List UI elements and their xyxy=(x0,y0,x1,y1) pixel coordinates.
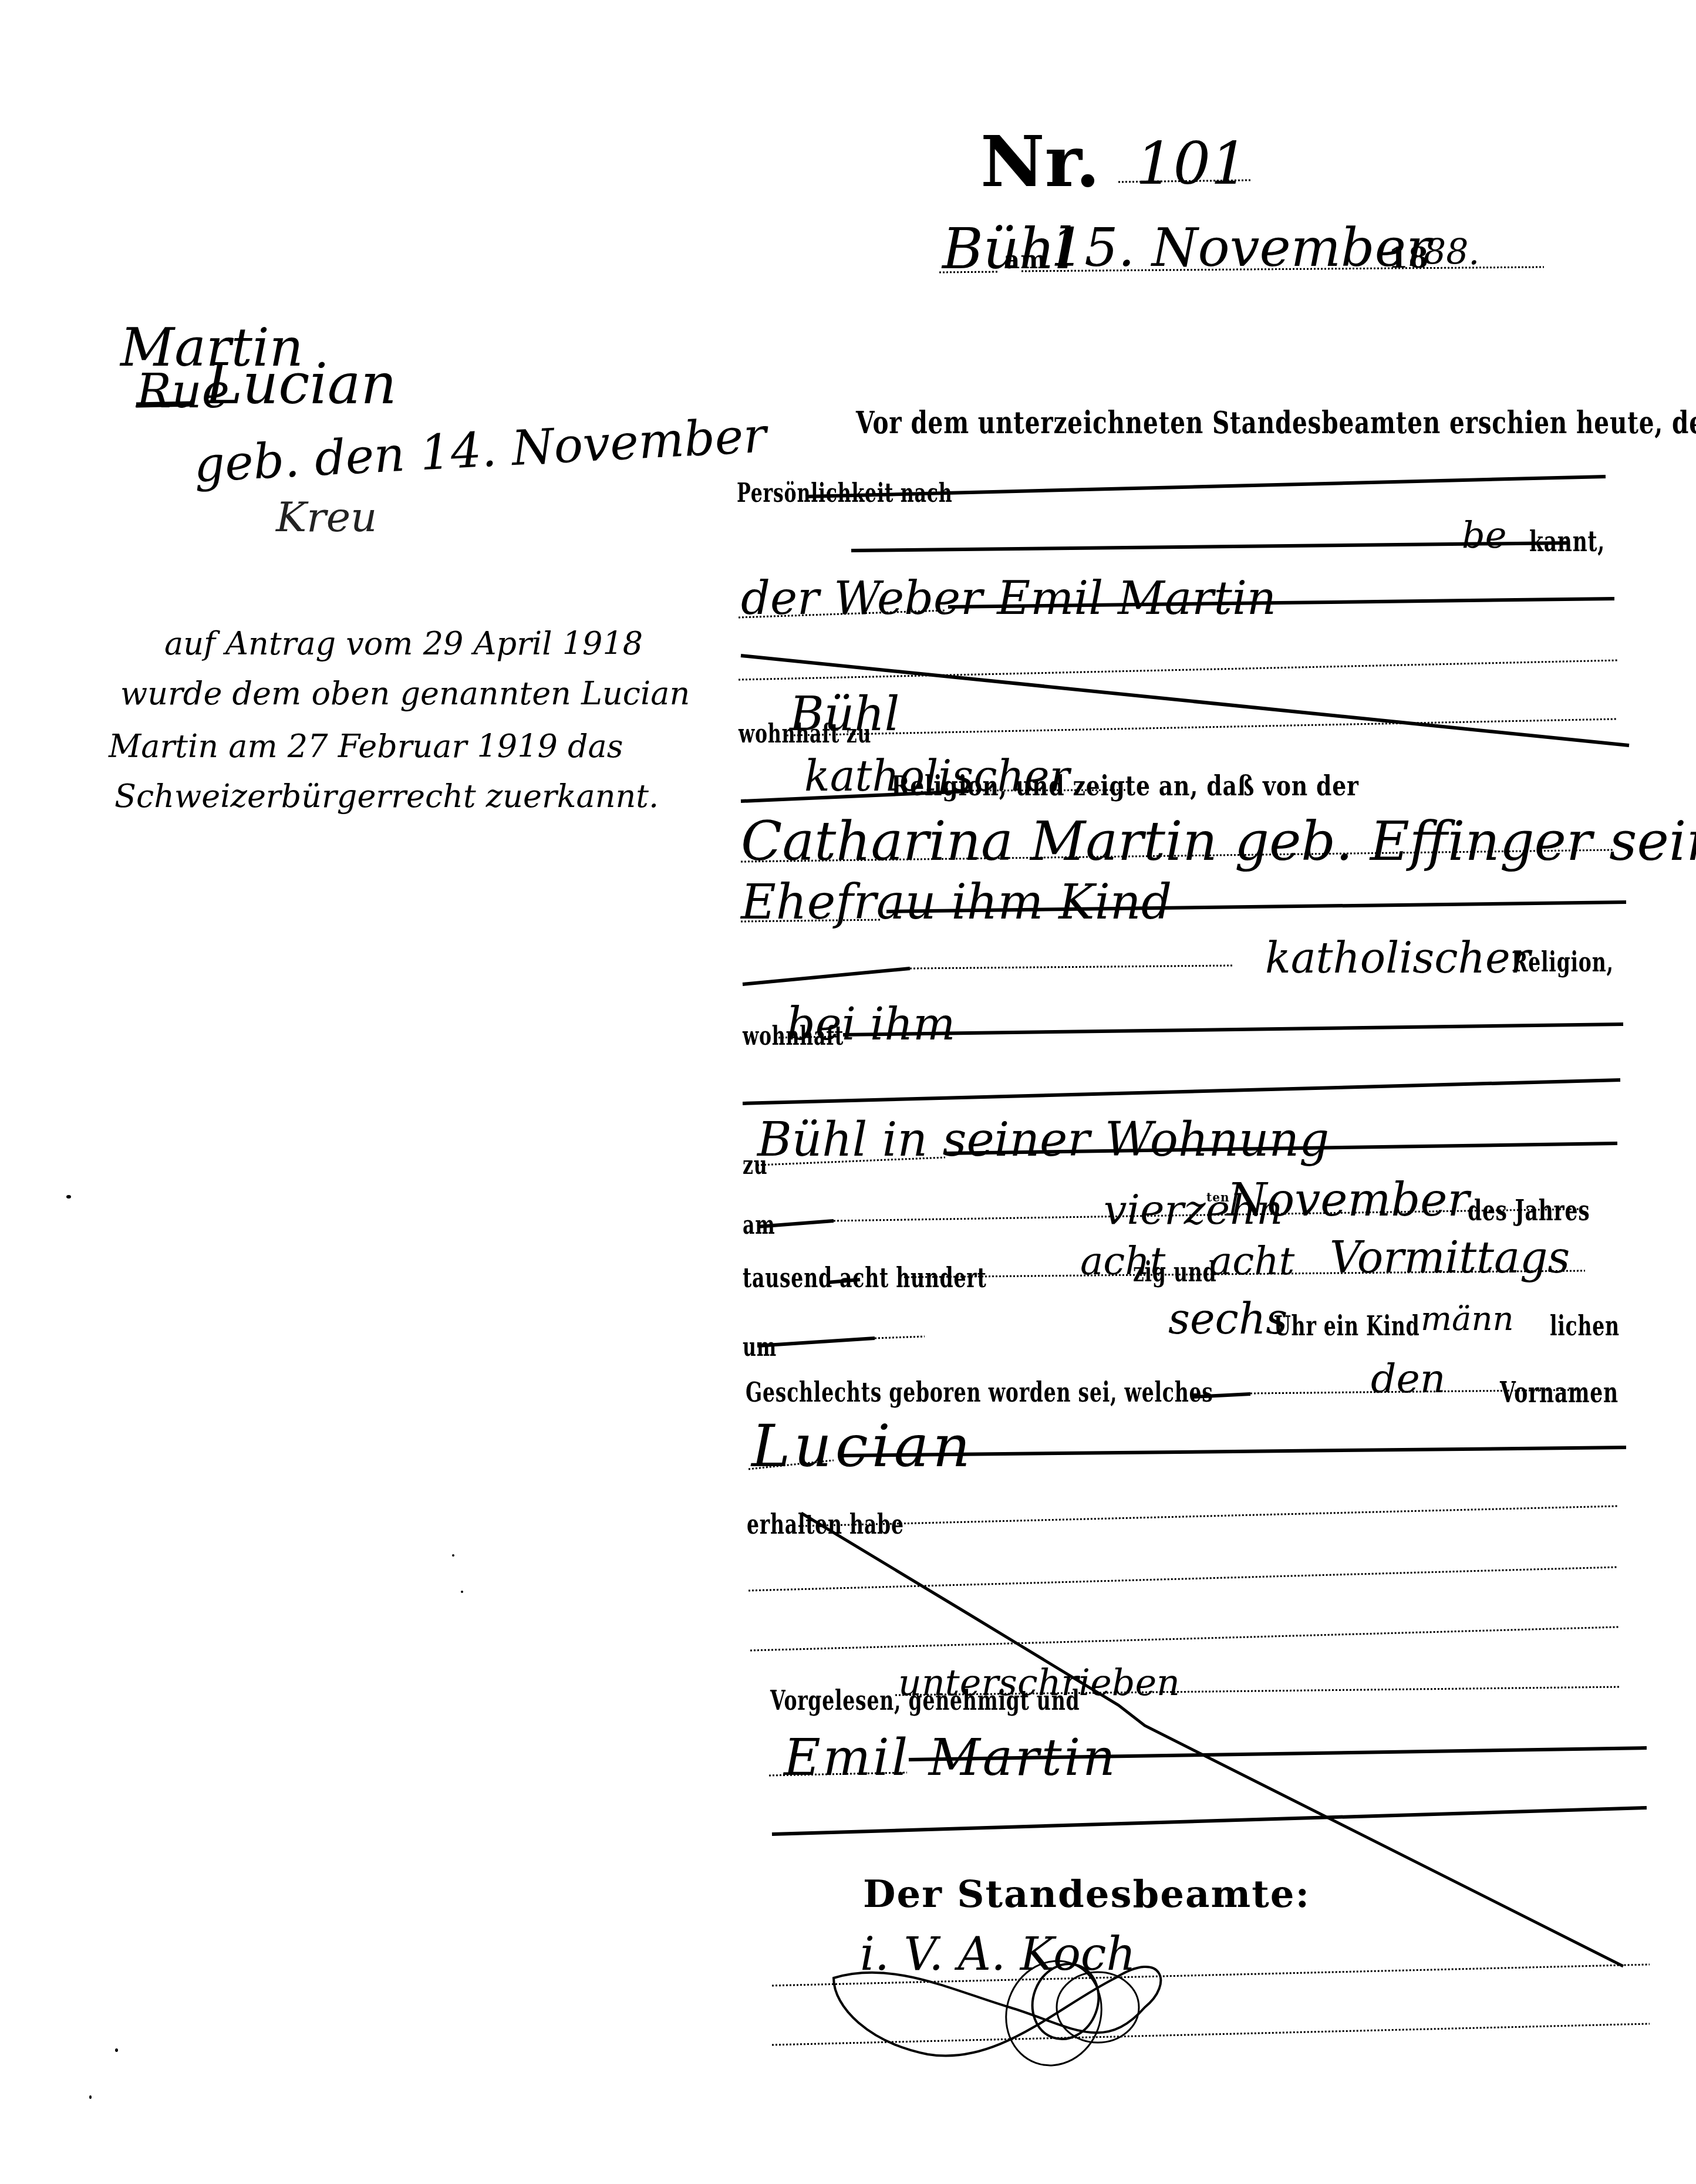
forename-label: Vornamen xyxy=(1500,1376,1619,1409)
known-handwritten: be xyxy=(1462,514,1506,556)
scan-speck xyxy=(66,1195,71,1199)
registrar-heading: Der Standesbeamte: xyxy=(863,1872,1310,1916)
religion-mother-text: Religion, xyxy=(1512,946,1614,978)
annotation-line-1: auf Antrag vom 29 April 1918 xyxy=(164,625,643,662)
birthplace-value: Bühl in seiner Wohnung xyxy=(757,1112,1329,1167)
birthdate-month: November xyxy=(1227,1174,1469,1227)
margin-initials: Kreu xyxy=(276,493,377,541)
register-number: 101 xyxy=(1136,129,1248,198)
religion-father-text: Religion, und zeigte an, daß von der xyxy=(891,770,1359,802)
declarant-signature: Emil Martin xyxy=(784,1729,1118,1787)
received-label: erhalten habe xyxy=(747,1508,904,1540)
annotation-line-4: Schweizerbürgerrecht zuerkannt. xyxy=(114,778,659,815)
birthdate-suffix: ten xyxy=(1206,1190,1230,1204)
mother-line-2: Ehefrau ihm Kind xyxy=(741,875,1172,930)
article-value: den xyxy=(1371,1356,1446,1402)
margin-given-name: Lucian xyxy=(205,352,397,417)
forename-value: Lucian xyxy=(751,1412,974,1480)
birthdate-label: am xyxy=(743,1210,775,1240)
identity-label: Persönlichkeit nach xyxy=(737,478,953,508)
scan-speck xyxy=(461,1591,463,1593)
year-suffix: 88. xyxy=(1424,232,1479,273)
declarant-name: der Weber Emil Martin xyxy=(741,572,1276,625)
hour-value: sechs xyxy=(1168,1294,1287,1344)
decade-printed: zig und xyxy=(1133,1256,1216,1288)
sex-value: männ xyxy=(1421,1300,1514,1338)
registration-date: 15. November xyxy=(1051,217,1431,279)
form-intro: Vor dem unterzeichneten Standesbeamten e… xyxy=(856,405,1696,441)
scan-speck xyxy=(452,1554,454,1557)
date-am-label: am xyxy=(1004,245,1047,274)
scan-speck xyxy=(89,2095,92,2099)
scan-speck xyxy=(115,2048,118,2052)
mother-line-1: Catharina Martin geb. Effinger seiner xyxy=(741,810,1696,873)
annotation-line-3: Martin am 27 Februar 1919 das xyxy=(109,728,623,765)
sex-printed: lichen xyxy=(1550,1310,1620,1342)
margin-birth-line: geb. den 14. November xyxy=(193,408,768,494)
mother-residence-value: bei ihm xyxy=(787,998,955,1050)
thousand-label: tausend acht hundert xyxy=(743,1262,986,1294)
unit-value: acht xyxy=(1209,1238,1294,1284)
child-printed: Uhr ein Kind xyxy=(1274,1310,1419,1342)
annotation-line-2: wurde dem oben genannten Lucian xyxy=(120,675,690,712)
register-page: Nr. 101 Bühl am 15. November 18 88. Mart… xyxy=(0,0,1696,2184)
approval-value: unterschrieben xyxy=(898,1661,1180,1704)
hour-label: um xyxy=(743,1332,777,1362)
residence-value: Bühl xyxy=(790,687,899,741)
year-label: des Jahres xyxy=(1468,1194,1590,1227)
gender-label: Geschlechts geboren worden sei, welches xyxy=(746,1376,1213,1408)
number-label: Nr. xyxy=(980,120,1100,203)
year-prefix: 18 xyxy=(1388,242,1429,275)
religion-mother: katholischer xyxy=(1265,933,1530,983)
time-of-day: Vormittags xyxy=(1330,1233,1570,1283)
registrar-signature: i. V. A. Koch xyxy=(860,1928,1136,1981)
known-printed: kannt, xyxy=(1529,525,1605,558)
